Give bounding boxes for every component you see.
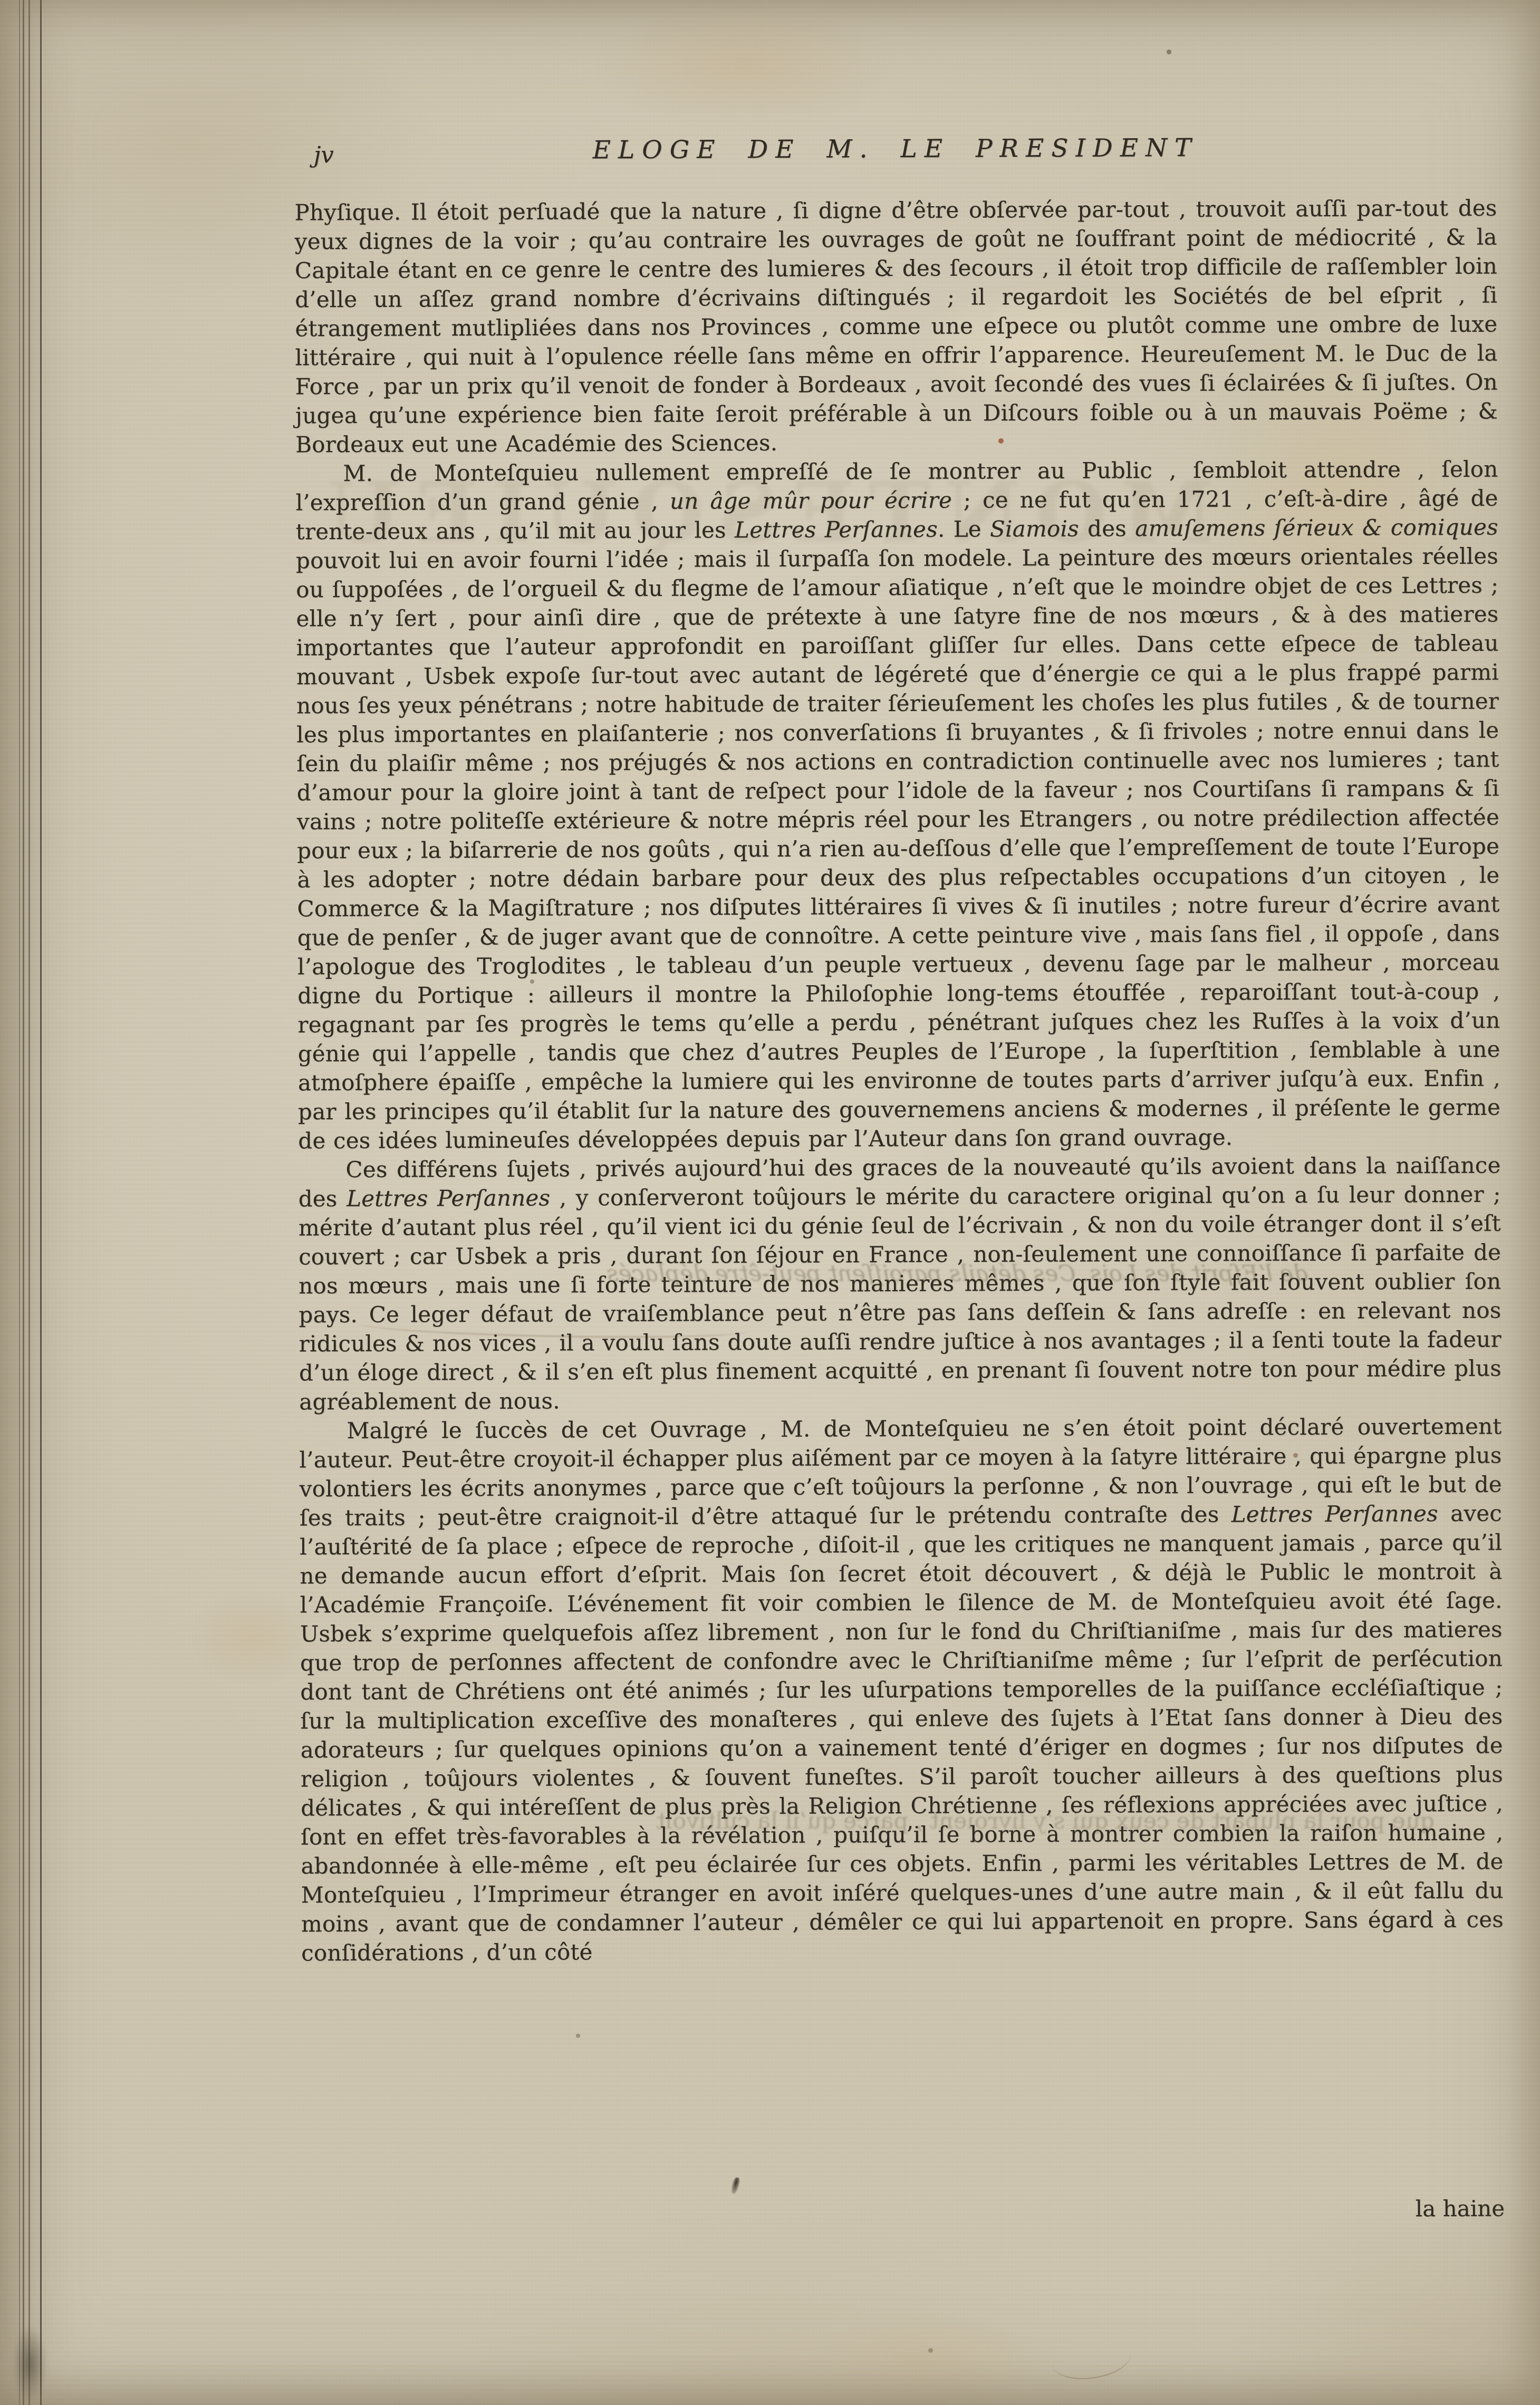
roman-text: des: [1079, 515, 1135, 541]
paragraph: Phyſique. Il étoit perſuadé que la natur…: [294, 194, 1498, 459]
roman-text: avec l’auſtérité de ſa place ; eſpece de…: [300, 1500, 1504, 1966]
italic-text: Lettres Perſannes: [346, 1185, 550, 1211]
scanned-book-page: MONTESQUIEU de l’Eſprit des Lois. Ces dé…: [0, 0, 1540, 2405]
text-block: Phyſique. Il étoit perſuadé que la natur…: [294, 194, 1504, 1968]
paper-fiber: [1050, 2335, 1133, 2384]
italic-text: Lettres Perſannes: [1231, 1500, 1438, 1527]
roman-text: pouvoit lui en avoir fourni l’idée ; mai…: [296, 543, 1500, 1154]
italic-text: un âge mûr pour écrire: [670, 487, 952, 514]
paragraph: Malgré le ſuccès de cet Ouvrage , M. de …: [299, 1412, 1504, 1968]
page-content: jv ELOGE DE M. LE PRESIDENT Phyſique. Il…: [0, 0, 1540, 2405]
roman-text: , y conſerveront toûjours le mérite du c…: [299, 1181, 1501, 1415]
paragraph: M. de Monteſquieu nullement empreſſé de …: [295, 455, 1500, 1156]
italic-text: amuſemens ſérieux & comiques: [1135, 514, 1498, 542]
ink-mark: [730, 2177, 740, 2195]
paragraph: Ces différens ſujets , privés aujourd’hu…: [298, 1151, 1501, 1417]
roman-text: . Le: [938, 516, 990, 542]
roman-text: Phyſique. Il étoit perſuadé que la natur…: [294, 195, 1498, 458]
italic-text: Lettres Perſannes: [735, 516, 938, 543]
italic-text: Siamois: [990, 516, 1079, 542]
catchword: la haine: [1416, 2196, 1505, 2222]
running-title: ELOGE DE M. LE PRESIDENT: [294, 132, 1497, 166]
